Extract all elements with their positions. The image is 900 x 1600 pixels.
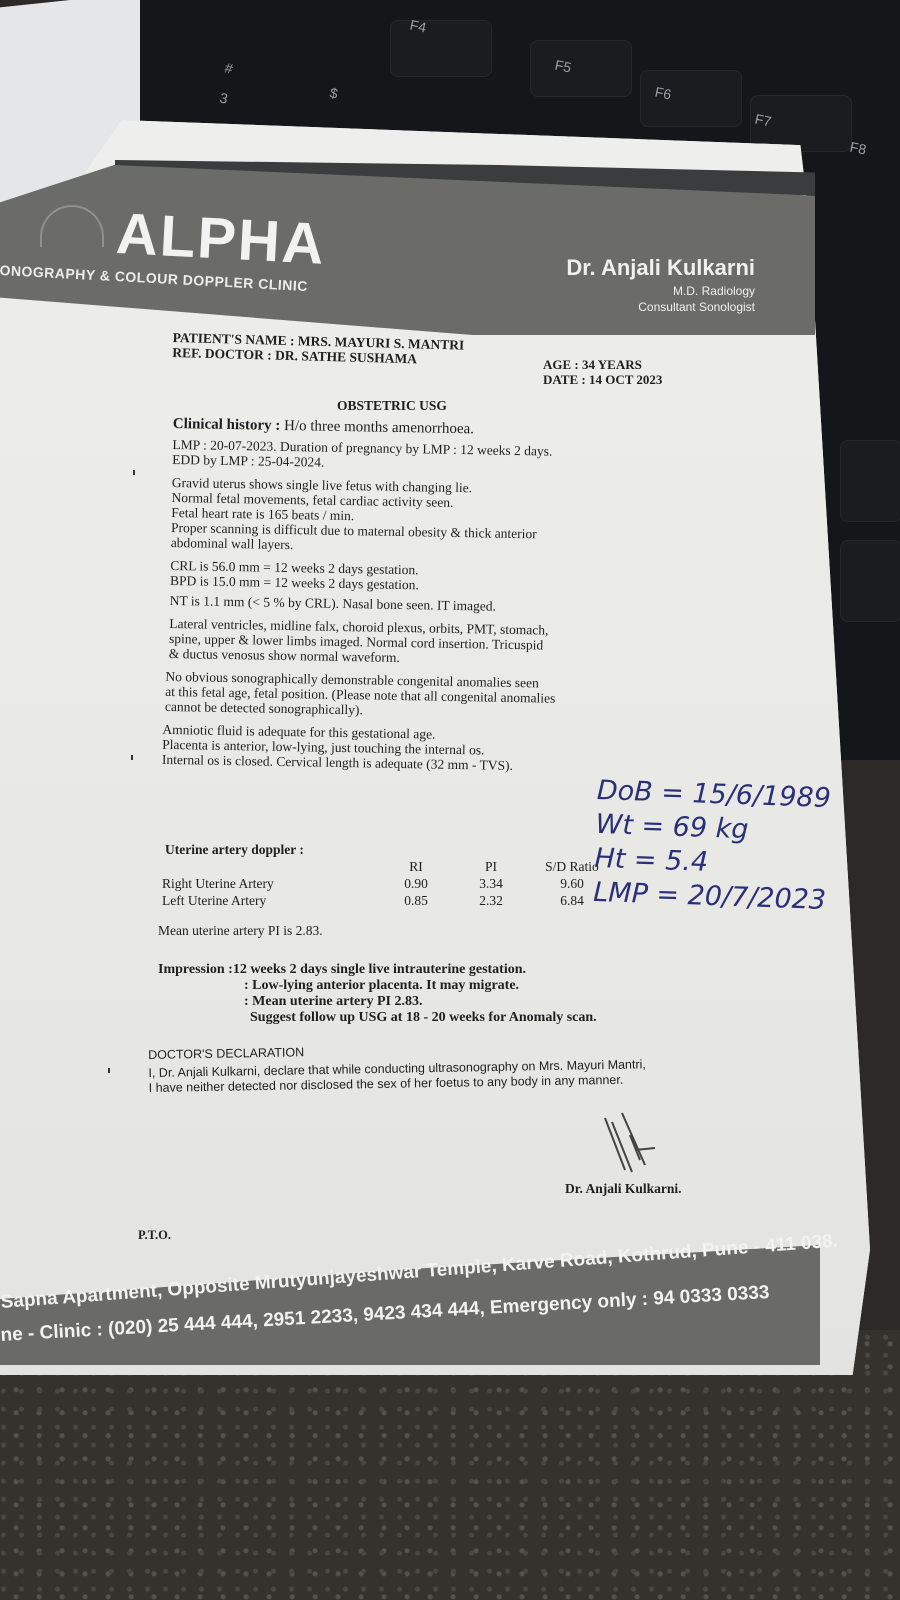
- report-title: OBSTETRIC USG: [337, 398, 447, 413]
- impression-line: : Mean uterine artery PI 2.83.: [158, 994, 597, 1010]
- pi-value: 2.32: [455, 893, 527, 909]
- key-f8: F8: [849, 138, 868, 157]
- clinical-history: H/o three months amenorrhoea.: [280, 418, 474, 437]
- patient-age: AGE : 34 YEARS: [543, 357, 662, 372]
- handwritten-notes: DoB = 15/6/1989 Wt = 69 kg Ht = 5.4 LMP …: [593, 774, 832, 918]
- margin-mark: [133, 470, 135, 475]
- report-date: DATE : 14 OCT 2023: [543, 372, 662, 387]
- artery-name: Right Uterine Artery: [162, 876, 377, 892]
- report-body: Clinical history : H/o three months amen…: [167, 415, 693, 776]
- doppler-row: Right Uterine Artery 0.90 3.34 9.60: [162, 875, 617, 892]
- ri-value: 0.85: [377, 893, 455, 909]
- doppler-row: Left Uterine Artery 0.85 2.32 6.84: [162, 892, 617, 909]
- nt-line: NT is 1.1 mm (< 5 % by CRL). Nasal bone …: [170, 593, 690, 617]
- key-f4: F4: [409, 16, 428, 35]
- clinical-history-label: Clinical history :: [173, 416, 281, 434]
- impression-line: 12 weeks 2 days single live intrauterine…: [233, 962, 526, 978]
- placenta-section: Amniotic fluid is adequate for this gest…: [162, 722, 688, 776]
- impression-section: Impression : 12 weeks 2 days single live…: [158, 962, 597, 1026]
- signature-icon: [600, 1110, 660, 1180]
- impression-line: Suggest follow up USG at 18 - 20 weeks f…: [158, 1010, 597, 1026]
- anomalies-section: No obvious sonographically demonstrable …: [165, 669, 689, 723]
- key-f7: F7: [754, 110, 773, 129]
- patient-meta: AGE : 34 YEARS DATE : 14 OCT 2023: [543, 357, 662, 387]
- ri-value: 0.90: [377, 876, 455, 892]
- mean-pi-line: Mean uterine artery PI is 2.83.: [158, 923, 323, 938]
- key-f6: F6: [654, 83, 673, 102]
- impression-label: Impression :: [158, 962, 233, 978]
- clinic-brand: ALPHA: [114, 200, 327, 278]
- doctor-qualification: M.D. Radiology: [520, 284, 755, 298]
- key-dollar: $: [328, 84, 339, 101]
- margin-mark: [108, 1068, 110, 1073]
- signatory-name: Dr. Anjali Kulkarni.: [565, 1181, 682, 1196]
- declaration-section: DOCTOR'S DECLARATION I, Dr. Anjali Kulka…: [148, 1039, 646, 1096]
- doppler-title: Uterine artery doppler :: [165, 842, 304, 857]
- doppler-col-pi: PI: [455, 859, 527, 875]
- key-f5: F5: [554, 56, 573, 75]
- doppler-header-row: RI PI S/D Ratio: [162, 858, 617, 875]
- margin-mark: [131, 755, 133, 760]
- pto-label: P.T.O.: [138, 1228, 171, 1243]
- findings-section: Gravid uterus shows single live fetus wi…: [171, 475, 692, 559]
- anatomy-section: Lateral ventricles, midline falx, choroi…: [169, 616, 690, 670]
- pi-value: 3.34: [455, 876, 527, 892]
- doppler-col-ri: RI: [377, 859, 455, 875]
- doctor-name: Dr. Anjali Kulkarni: [520, 255, 755, 281]
- key-3: 3: [218, 89, 229, 106]
- doctor-block: Dr. Anjali Kulkarni M.D. Radiology Consu…: [520, 255, 755, 314]
- doppler-table: RI PI S/D Ratio Right Uterine Artery 0.9…: [162, 858, 617, 909]
- impression-line: : Low-lying anterior placenta. It may mi…: [158, 978, 597, 994]
- biometry-section: CRL is 56.0 mm = 12 weeks 2 days gestati…: [170, 558, 690, 597]
- doctor-title: Consultant Sonologist: [520, 300, 755, 314]
- artery-name: Left Uterine Artery: [162, 893, 377, 909]
- key-hash: #: [223, 59, 234, 76]
